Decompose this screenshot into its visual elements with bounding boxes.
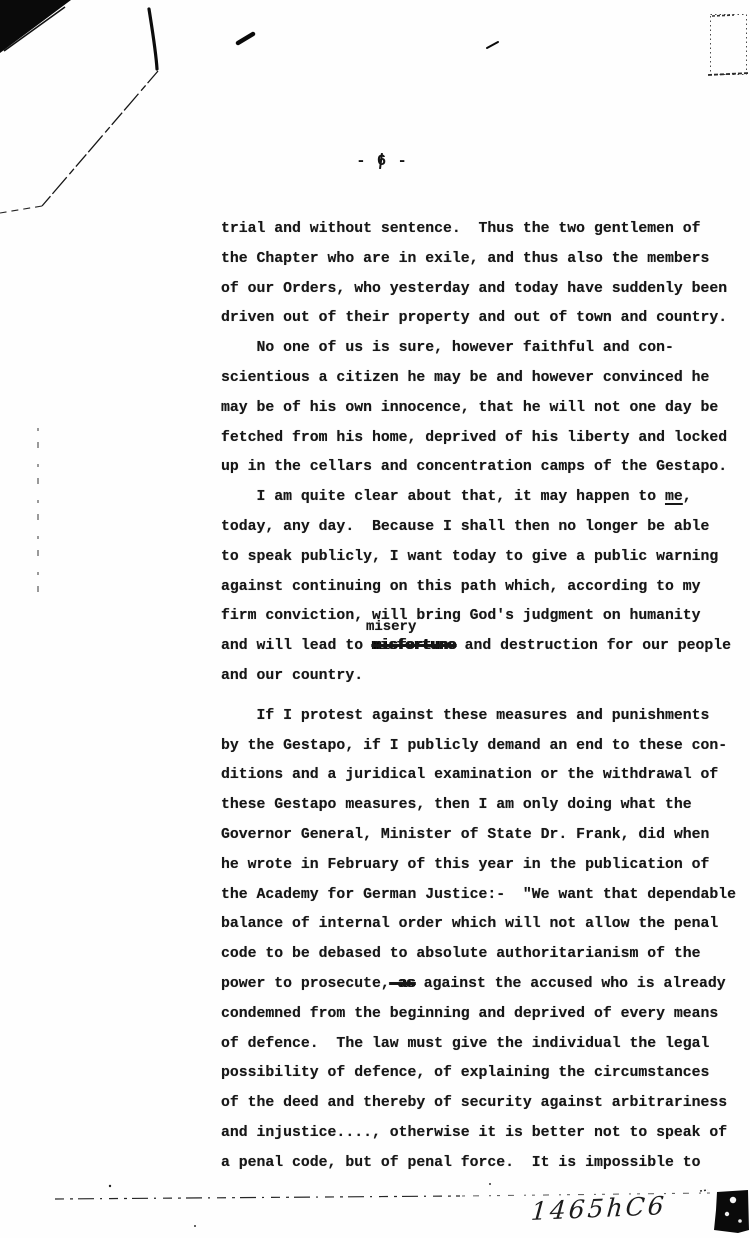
text-segment: and destruction for our people [456, 638, 731, 654]
text-segment: fetched from his home, deprived of his l… [221, 430, 727, 446]
text-line: a penal code, but of penal force. It is … [221, 1149, 741, 1179]
text-segment: of the deed and thereby of security agai… [221, 1095, 727, 1111]
text-line: up in the cellars and concentration camp… [221, 453, 741, 483]
text-line: condemned from the beginning and deprive… [221, 1000, 741, 1030]
text-line: driven out of their property and out of … [221, 304, 741, 334]
text-segment: up in the cellars and concentration camp… [221, 459, 727, 475]
text-segment: , [683, 489, 692, 505]
text-segment: these Gestapo measures, then I am only d… [221, 797, 692, 813]
text-segment: against the accused who is already [415, 976, 726, 992]
stamp-box-edge [708, 73, 749, 75]
text-line: of defence. The law must give the indivi… [221, 1030, 741, 1060]
text-segment: by the Gestapo, if I publicly demand an … [221, 738, 727, 754]
text-segment: ditions and a juridical examination or t… [221, 767, 718, 783]
typed-correction: miserymisfortune [372, 632, 456, 662]
fold-corner-mark [0, 0, 71, 53]
paragraph: I am quite clear about that, it may happ… [221, 483, 741, 692]
text-line: to speak publicly, I want today to give … [221, 543, 741, 573]
text-segment: I am quite clear about that, it may happ… [221, 489, 665, 505]
text-segment: and injustice...., otherwise it is bette… [221, 1125, 727, 1141]
text-segment: and our country. [221, 668, 363, 684]
text-segment: today, any day. Because I shall then no … [221, 519, 709, 535]
struck-word: as [390, 976, 415, 992]
text-line: these Gestapo measures, then I am only d… [221, 791, 741, 821]
text-line: firm conviction, will bring God's judgme… [221, 602, 741, 632]
scanned-document-page: - 6 - trial and without sentence. Thus t… [0, 0, 750, 1238]
text-line: code to be debased to absolute authorita… [221, 940, 741, 970]
text-segment: Governor General, Minister of State Dr. … [221, 827, 709, 843]
text-segment: of our Orders, who yesterday and today h… [221, 281, 727, 297]
text-line: Governor General, Minister of State Dr. … [221, 821, 741, 851]
text-segment: the Chapter who are in exile, and thus a… [221, 251, 709, 267]
text-line: the Academy for German Justice:- "We wan… [221, 881, 741, 911]
text-segment: the Academy for German Justice:- "We wan… [221, 887, 736, 903]
text-segment: code to be debased to absolute authorita… [221, 946, 701, 962]
text-segment: No one of us is sure, however faithful a… [221, 340, 674, 356]
text-line: may be of his own innocence, that he wil… [221, 394, 741, 424]
text-segment: firm conviction, will bring God's judgme… [221, 608, 701, 624]
ink-blob-speckle [730, 1197, 736, 1203]
text-line: by the Gestapo, if I publicly demand an … [221, 732, 741, 762]
pen-mark [238, 34, 253, 43]
text-segment: power to prosecute, [221, 976, 390, 992]
page-number: - 6 - [0, 152, 750, 170]
text-line: trial and without sentence. Thus the two… [221, 215, 741, 245]
text-segment: scientious a citizen he may be and howev… [221, 370, 709, 386]
text-segment: of defence. The law must give the indivi… [221, 1036, 709, 1052]
paragraph: No one of us is sure, however faithful a… [221, 334, 741, 483]
text-line: fetched from his home, deprived of his l… [221, 424, 741, 454]
text-segment: condemned from the beginning and deprive… [221, 1006, 718, 1022]
text-segment: a penal code, but of penal force. It is … [221, 1155, 701, 1171]
stamp-box [711, 15, 747, 75]
handwritten-archive-mark: 1465hC6 [530, 1191, 668, 1226]
dust-speck [109, 1185, 111, 1187]
text-line: No one of us is sure, however faithful a… [221, 334, 741, 364]
text-line: the Chapter who are in exile, and thus a… [221, 245, 741, 275]
text-segment: If I protest against these measures and … [221, 708, 709, 724]
text-line: power to prosecute, as against the accus… [221, 970, 741, 1000]
crease-line [149, 9, 157, 69]
stamp-box-edge [712, 15, 734, 16]
text-line: of the deed and thereby of security agai… [221, 1089, 741, 1119]
text-segment: against continuing on this path which, a… [221, 579, 701, 595]
crease-line [42, 71, 158, 206]
text-segment: possibility of defence, of explaining th… [221, 1065, 709, 1081]
text-segment: may be of his own innocence, that he wil… [221, 400, 718, 416]
dust-speck [194, 1225, 196, 1227]
pen-mark [487, 42, 498, 48]
underlined-word: me [665, 489, 683, 505]
text-segment: trial and without sentence. Thus the two… [221, 221, 701, 237]
ink-blob-speckle [738, 1219, 742, 1223]
text-segment: balance of internal order which will not… [221, 916, 718, 932]
text-line: of our Orders, who yesterday and today h… [221, 275, 741, 305]
text-line: he wrote in February of this year in the… [221, 851, 741, 881]
inserted-word: misery [366, 621, 416, 634]
fold-edge-line [4, 7, 65, 51]
text-line: I am quite clear about that, it may happ… [221, 483, 741, 513]
text-segment: and will lead to [221, 638, 372, 654]
document-body: trial and without sentence. Thus the two… [221, 215, 741, 1179]
crease-line [0, 206, 42, 213]
paragraph: If I protest against these measures and … [221, 702, 741, 1179]
dust-speck [489, 1183, 491, 1185]
bottom-fold-line [55, 1196, 460, 1199]
text-line: If I protest against these measures and … [221, 702, 741, 732]
text-line: possibility of defence, of explaining th… [221, 1059, 741, 1089]
text-segment: to speak publicly, I want today to give … [221, 549, 718, 565]
ink-blob [714, 1190, 749, 1233]
text-line: and injustice...., otherwise it is bette… [221, 1119, 741, 1149]
text-line: scientious a citizen he may be and howev… [221, 364, 741, 394]
text-line: ditions and a juridical examination or t… [221, 761, 741, 791]
text-line: balance of internal order which will not… [221, 910, 741, 940]
text-line: today, any day. Because I shall then no … [221, 513, 741, 543]
struck-word: misfortune [372, 638, 456, 654]
text-line: against continuing on this path which, a… [221, 573, 741, 603]
text-segment: driven out of their property and out of … [221, 310, 727, 326]
ink-speck [700, 1190, 708, 1191]
ink-blob-speckle [725, 1212, 729, 1216]
paragraph: trial and without sentence. Thus the two… [221, 215, 741, 334]
text-line: and will lead to miserymisfortune and de… [221, 632, 741, 662]
text-line: and our country. [221, 662, 741, 692]
text-segment: he wrote in February of this year in the… [221, 857, 709, 873]
